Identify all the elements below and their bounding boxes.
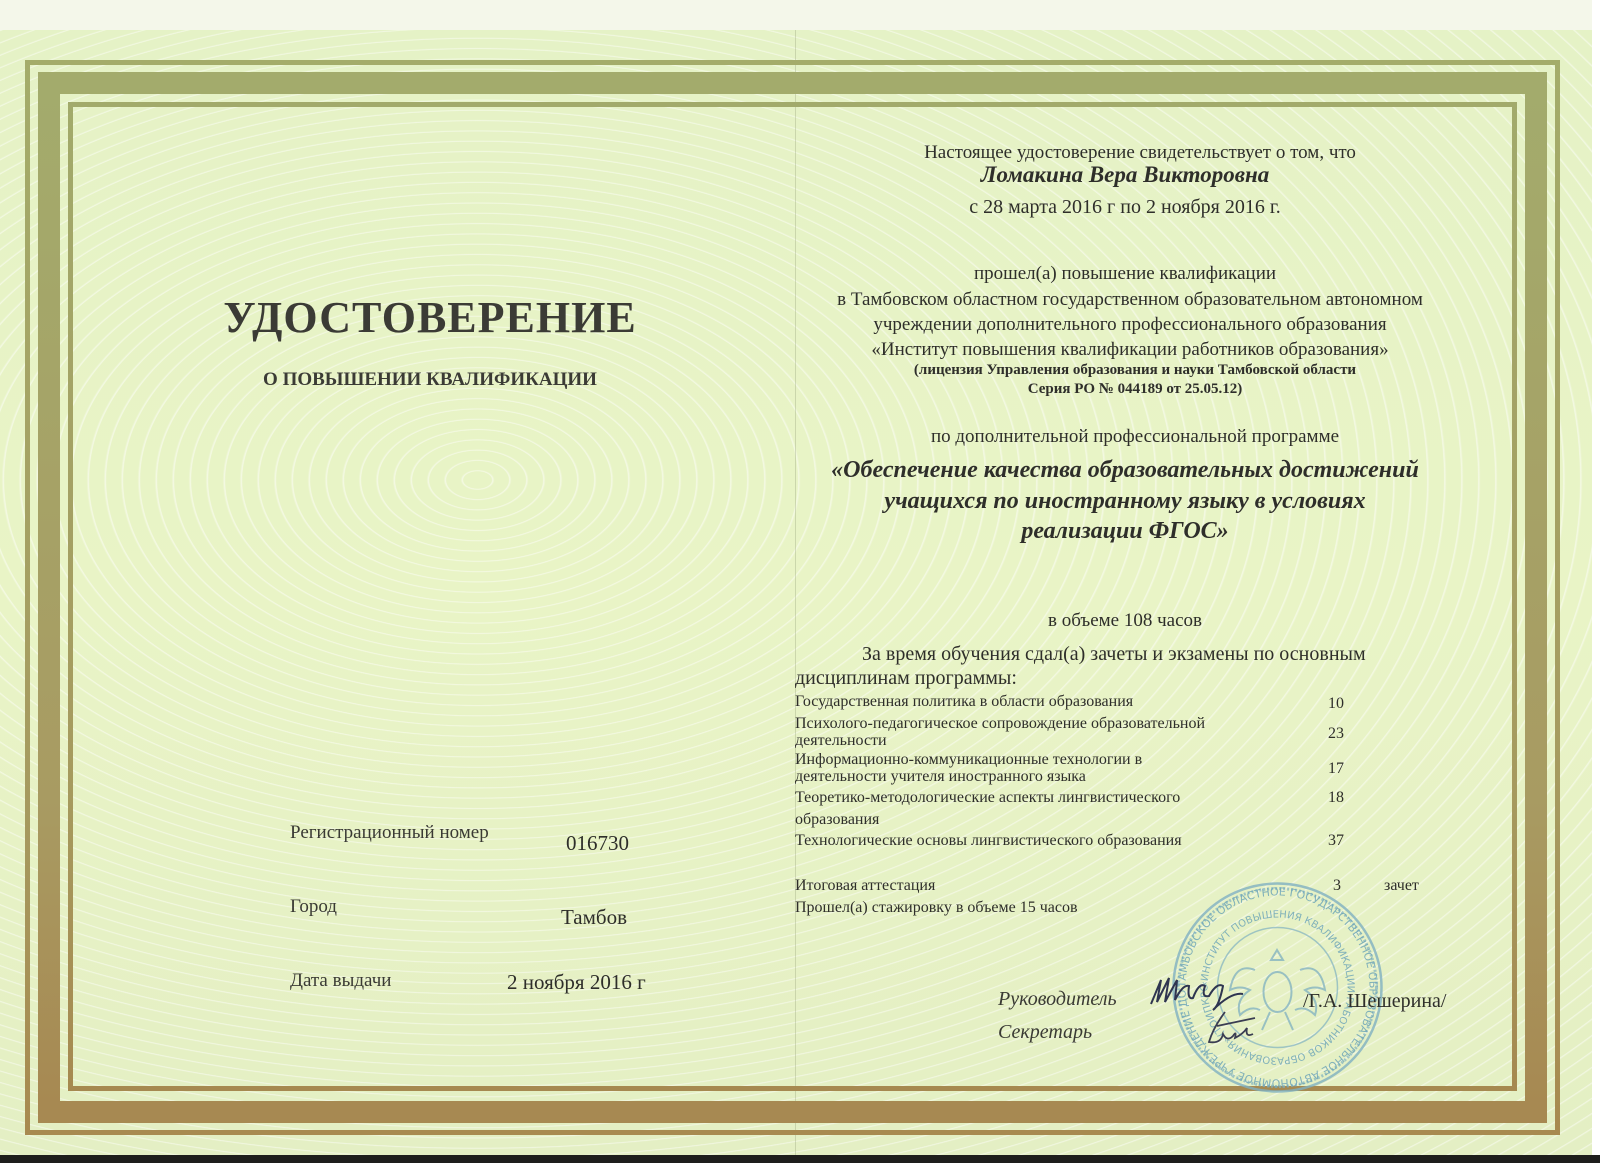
institution-line-3: «Институт повышения квалификации работни… (770, 339, 1490, 361)
program-intro: по дополнительной профессиональной прогр… (775, 426, 1495, 448)
subject-hours: 17 (1328, 760, 1344, 778)
subject-hours: 10 (1328, 695, 1344, 713)
issue-date-value: 2 ноября 2016 г (507, 970, 646, 995)
subject-name: деятельности учителя иностранного языка (795, 768, 1086, 785)
subject-name: Технологические основы лингвистического … (795, 832, 1182, 849)
intro-text: Настоящее удостоверение свидетельствует … (780, 142, 1500, 164)
exams-intro-line-2: дисциплинам программы: (795, 667, 1017, 690)
total-hours: в объеме 108 часов (765, 610, 1485, 632)
secretary-signature-icon (1195, 1008, 1265, 1050)
license-line-2: Серия РО № 044189 от 25.05.12) (775, 381, 1495, 398)
completed-text: прошел(а) повышение квалификации (765, 263, 1485, 285)
certificate-subtitle: О ПОВЫШЕНИИ КВАЛИФИКАЦИИ (180, 369, 680, 391)
program-title-line-1: «Обеспечение качества образовательных до… (765, 457, 1485, 484)
city-label: Город (290, 896, 337, 918)
secretary-role-label: Секретарь (998, 1021, 1092, 1044)
issue-date-label: Дата выдачи (290, 970, 391, 992)
scan-margin-right (1592, 0, 1600, 1163)
program-title-line-2: учащихся по иностранному языку в условия… (765, 488, 1485, 515)
subject-name: Информационно-коммуникационные технологи… (795, 751, 1142, 768)
institution-line-1: в Тамбовском областном государственном о… (770, 289, 1490, 311)
subject-name: Теоретико-методологические аспекты лингв… (795, 789, 1180, 806)
subject-name: образования (795, 811, 879, 828)
final-attestation-result: зачет (1384, 877, 1419, 895)
training-period: с 28 марта 2016 г по 2 ноября 2016 г. (765, 196, 1485, 219)
scan-margin-top (0, 0, 1600, 30)
subject-hours: 18 (1328, 789, 1344, 807)
institution-line-2: учреждении дополнительного профессиональ… (770, 314, 1490, 336)
subject-hours: 23 (1328, 725, 1344, 743)
program-title-line-3: реализации ФГОС» (765, 518, 1485, 545)
head-name: /Г.А. Шешерина/ (1303, 990, 1446, 1013)
head-role-label: Руководитель (998, 988, 1117, 1011)
holder-name: Ломакина Вера Викторовна (765, 162, 1485, 188)
registration-number-label: Регистрационный номер (290, 822, 489, 844)
internship-text: Прошел(а) стажировку в объеме 15 часов (795, 899, 1078, 917)
certificate-title: УДОСТОВЕРЕНИЕ (180, 292, 680, 343)
subject-name: деятельности (795, 732, 887, 749)
head-signature-icon (1143, 972, 1253, 1012)
subject-hours: 37 (1328, 832, 1344, 850)
exams-intro-line-1: За время обучения сдал(а) зачеты и экзам… (862, 643, 1366, 666)
subject-name: Государственная политика в области образ… (795, 693, 1133, 710)
scan-margin-bottom (0, 1155, 1600, 1163)
license-line-1: (лицензия Управления образования и науки… (775, 362, 1495, 379)
subject-name: Психолого-педагогическое сопровождение о… (795, 715, 1205, 732)
registration-number-value: 016730 (566, 831, 629, 856)
city-value: Тамбов (561, 905, 627, 930)
final-attestation-label: Итоговая аттестация (795, 877, 935, 895)
